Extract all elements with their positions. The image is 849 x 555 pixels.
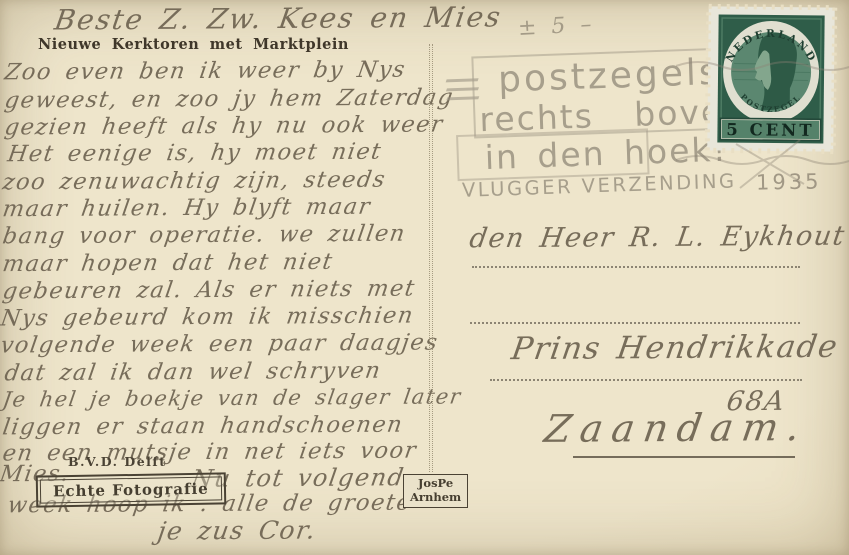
message-line: maar hopen dat het niet bbox=[1, 249, 335, 277]
message-line: dat zal ik dan wel schryven bbox=[3, 358, 383, 387]
printer-city: Arnhem bbox=[410, 491, 461, 505]
address-rule bbox=[472, 266, 800, 268]
signature-line: je zus Cor. bbox=[156, 515, 319, 545]
divider-line bbox=[429, 44, 433, 472]
message-line: maar huilen. Hy blyft maar bbox=[1, 194, 373, 223]
message-line: Het eenige is, hy moet niet bbox=[6, 139, 384, 168]
printer-name: JosPe bbox=[410, 477, 461, 491]
postmark-year: 1935 bbox=[756, 169, 822, 194]
publisher-mark: B.V.D. Delft bbox=[68, 454, 167, 469]
message-line: volgende week een paar daagjes bbox=[0, 329, 440, 358]
address-recipient-line: den Heer R. L. Eykhout bbox=[467, 221, 847, 255]
jospe-printer-box: JosPe Arnhem bbox=[403, 474, 468, 508]
message-line: Zoo even ben ik weer by Nys bbox=[3, 57, 408, 86]
echte-fotografie-box: Echte Fotografie bbox=[36, 472, 226, 507]
photo-quality-label: Echte Fotografie bbox=[40, 476, 222, 503]
address-rule bbox=[470, 322, 800, 324]
message-line: bang voor operatie. we zullen bbox=[1, 221, 408, 250]
message-line: gezien heeft als hy nu ook weer bbox=[3, 111, 446, 140]
address-city: Zaandam. bbox=[542, 405, 812, 451]
message-greeting: Beste Z. Zw. Kees en Mies bbox=[52, 0, 504, 36]
message-line: zoo zenuwachtig zijn, steeds bbox=[1, 167, 388, 196]
message-line: gebeuren zal. Als er niets met bbox=[1, 276, 418, 305]
message-line: geweest, en zoo jy hem Zaterdag bbox=[3, 84, 456, 113]
photo-caption: Nieuwe Kerktoren met Marktplein bbox=[38, 36, 349, 53]
city-underline bbox=[573, 456, 795, 458]
postage-stamp: NEDERLAND POSTZEGEL 5 CENT bbox=[704, 3, 838, 154]
message-line: Nys gebeurd kom ik misschien bbox=[0, 303, 416, 332]
price-pencil-mark: ± 5 – bbox=[517, 12, 596, 41]
postcard-back: Beste Z. Zw. Kees en Mies Nieuwe Kerktor… bbox=[0, 0, 849, 555]
stamp-graphic: NEDERLAND POSTZEGEL 5 CENT bbox=[704, 3, 838, 154]
address-street-line: Prins Hendrikkade bbox=[509, 329, 841, 367]
address-rule bbox=[490, 379, 802, 381]
stamp-value-label: 5 CENT bbox=[726, 120, 814, 140]
message-line: Je hel je boekje van de slager later bbox=[1, 384, 463, 411]
message-line: liggen er staan handschoenen bbox=[1, 412, 405, 441]
